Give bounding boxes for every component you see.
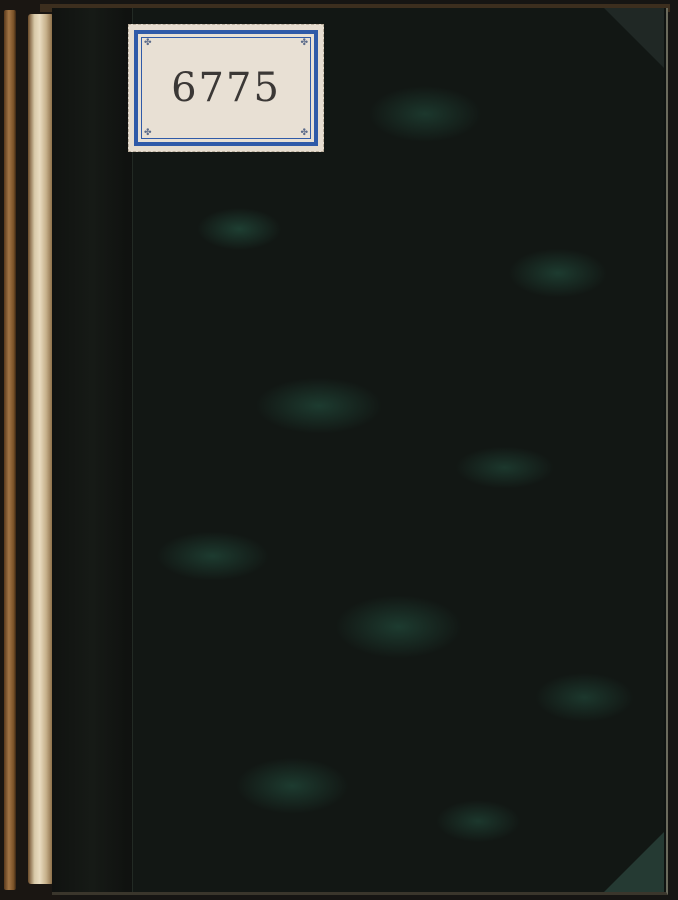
adjacent-book-edge	[4, 10, 16, 890]
page-block-edge	[28, 14, 54, 884]
label-frame: ✤ ✤ 6775 ✤ ✤	[134, 30, 318, 146]
ornament-icon: ✤	[300, 128, 308, 138]
book-spine	[52, 8, 133, 892]
ornament-icon: ✤	[144, 128, 152, 138]
ornament-icon: ✤	[144, 38, 152, 48]
ornament-icon: ✤	[300, 38, 308, 48]
library-label: ✤ ✤ 6775 ✤ ✤	[128, 24, 324, 152]
shelf-number: 6775	[171, 65, 281, 111]
top-right-corner	[604, 8, 664, 68]
bottom-right-corner	[604, 832, 664, 892]
